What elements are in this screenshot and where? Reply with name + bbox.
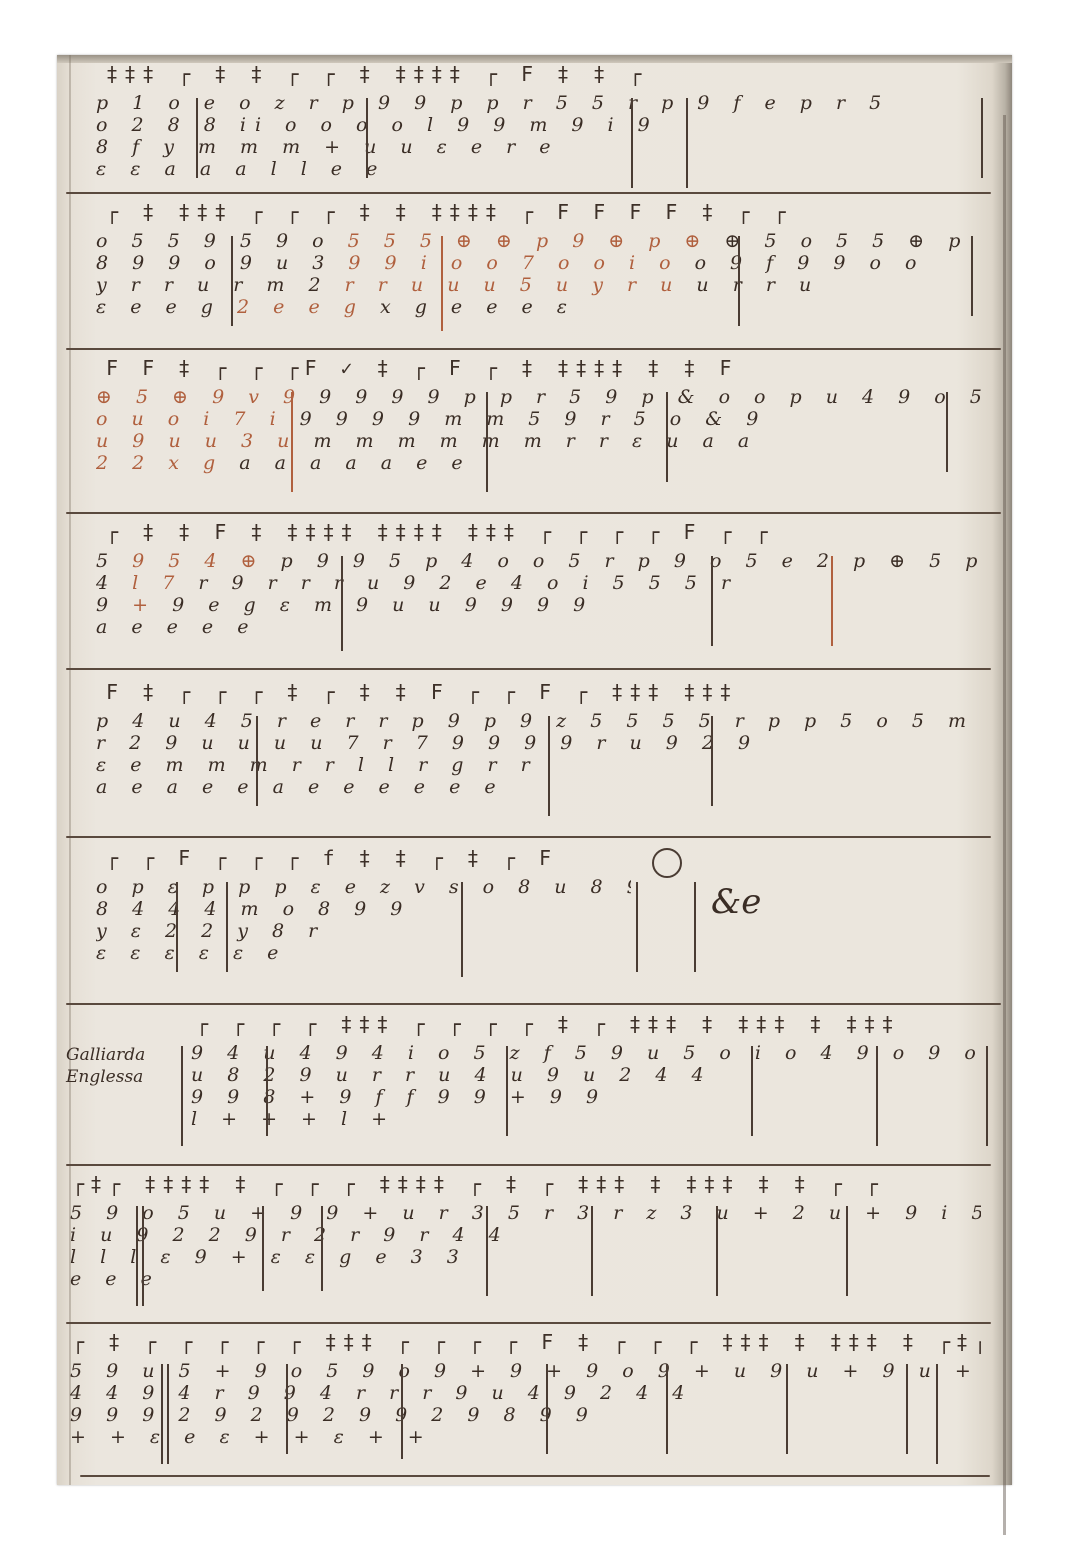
barline — [286, 1364, 288, 1454]
system-divider-1 — [66, 192, 991, 194]
barline — [461, 882, 463, 977]
system-divider-2 — [66, 348, 1001, 350]
course-row: r 2 9 u u u u 7 r 7 9 9 9 9 r u 9 2 9 — [96, 732, 981, 754]
course-row: e e e — [70, 1268, 981, 1290]
course-row: ⊕ 5 ⊕ 9 v 9 9 9 9 9 p p r 5 9 p & o o p … — [96, 386, 981, 408]
barline — [666, 1364, 668, 1454]
course-row: 4 4 9 4 r 9 9 4 r r r 9 u 4 9 2 4 4 — [70, 1382, 981, 1404]
course-row: 9 9 8 + 9 f f 9 9 + 9 9 — [191, 1086, 981, 1108]
barline — [946, 392, 948, 472]
barline — [876, 1046, 878, 1146]
barline — [751, 1046, 753, 1136]
rhythm-flags: ┌‡┌ ‡‡‡‡ ‡ ┌ ┌ ┌ ‡‡‡‡ ┌ ‡ ┌ ‡‡‡ ‡ ‡‡‡ ‡ … — [72, 1172, 981, 1198]
course-row: o 5 5 9 5 9 o 5 5 5 ⊕ ⊕ p 9 ⊕ p ⊕ ⊕ 5 o … — [96, 230, 981, 252]
course-row: p 4 u 4 5 r e r r p 9 p 9 z 5 5 5 5 r p … — [96, 710, 981, 732]
double-barline — [142, 1206, 144, 1306]
barline — [716, 1206, 718, 1296]
barline — [366, 98, 368, 178]
double-barline — [161, 1364, 163, 1464]
course-row: ε e m m m r r l l r g r r — [96, 754, 981, 776]
barline-red — [831, 556, 833, 646]
course-row: ε e e g 2 e e g x g e e e ε — [96, 296, 981, 318]
tablature-rows: o 5 5 9 5 9 o 5 5 5 ⊕ ⊕ p 9 ⊕ p ⊕ ⊕ 5 o … — [96, 230, 981, 318]
rhythm-flags: ┌ ┌ F ┌ ┌ ┌ f ‡ ‡ ┌ ‡ ┌ F — [106, 846, 631, 872]
barline — [548, 716, 550, 816]
course-row: 4 l 7 r 9 r r r u 9 2 e 4 o i 5 5 5 r — [96, 572, 981, 594]
barline — [262, 1206, 264, 1291]
rhythm-flags: ┌ ‡ ‡ F ‡ ‡‡‡‡ ‡‡‡‡ ‡‡‡ ┌ ┌ ┌ ┌ F ┌ ┌ — [106, 520, 981, 546]
tablature-rows: p 4 u 4 5 r e r r p 9 p 9 z 5 5 5 5 r p … — [96, 710, 981, 798]
barline — [981, 98, 983, 178]
rhythm-flags: ┌ ‡ ┌ ┌ ┌ ┌ ┌ ‡‡‡ ┌ ┌ ┌ ┌ F ‡ ┌ ┌ ┌ ‡‡‡ … — [72, 1330, 981, 1356]
rhythm-flags: F F ‡ ┌ ┌ ┌F ✓ ‡ ┌ F ┌ ‡ ‡‡‡‡ ‡ ‡ F — [106, 356, 981, 382]
barline — [231, 236, 233, 326]
course-row: p 1 o e o z r p 9 9 p p r 5 5 r p 9 f e … — [96, 92, 981, 114]
barline — [176, 882, 178, 972]
tablature-system-5: F ‡ ┌ ┌ ┌ ‡ ┌ ‡ ‡ F ┌ ┌ F ┌ ‡‡‡ ‡‡‡ p 4 … — [66, 676, 991, 834]
system-divider-5 — [66, 836, 991, 838]
barline — [636, 882, 638, 972]
course-row: 5 9 u 5 + 9 o 5 9 o 9 + 9 + 9 o 9 + u 9 … — [70, 1360, 981, 1382]
double-barline — [136, 1206, 138, 1306]
rhythm-flags: ‡‡‡ ┌ ‡ ‡ ┌ ┌ ‡ ‡‡‡‡ ┌ F ‡ ‡ ┌ — [106, 62, 981, 88]
barline — [546, 1364, 548, 1454]
barline — [486, 392, 488, 492]
barline — [266, 1046, 268, 1136]
barline — [906, 1364, 908, 1454]
tablature-system-3: F F ‡ ┌ ┌ ┌F ✓ ‡ ┌ F ┌ ‡ ‡‡‡‡ ‡ ‡ F ⊕ 5 … — [66, 352, 991, 510]
tablature-rows: ⊕ 5 ⊕ 9 v 9 9 9 9 9 p p r 5 9 p & o o p … — [96, 386, 981, 474]
barline — [711, 556, 713, 646]
tablature-rows: 5 9 o 5 u + 9 9 + u r 3 5 r 3 r z 3 u + … — [70, 1202, 981, 1290]
course-row: u 8 2 9 u r r u 4 u 9 u 2 4 4 — [191, 1064, 981, 1086]
tablature-system-1: ‡‡‡ ┌ ‡ ‡ ┌ ┌ ‡ ‡‡‡‡ ┌ F ‡ ‡ ┌ p 1 o e o… — [66, 58, 991, 192]
course-row: 5 9 5 4 ⊕ p 9 9 5 p 4 o o 5 r p 9 o 5 e … — [96, 550, 981, 572]
barline — [401, 1364, 403, 1459]
barline — [341, 556, 343, 651]
fermata-symbol — [652, 848, 682, 878]
binding-edge — [1003, 115, 1006, 1535]
course-row: a e a e e a e e e e e e — [96, 776, 981, 798]
barline — [936, 1364, 938, 1464]
course-row: i u 9 2 2 9 r 2 r 9 r 4 4 — [70, 1224, 981, 1246]
barline — [786, 1364, 788, 1454]
system-divider-4 — [66, 668, 991, 670]
system-divider-7 — [66, 1164, 991, 1166]
tablature-system-6: ┌ ┌ F ┌ ┌ ┌ f ‡ ‡ ┌ ‡ ┌ F o p ε p p p ε … — [66, 842, 991, 1000]
tablature-rows: 9 4 u 4 9 4 i o 5 z f 5 9 u 5 o i o 4 9 … — [191, 1042, 981, 1130]
course-row: y r r u r m 2 r r u u u 5 u y r u u r r … — [96, 274, 981, 296]
course-row: 9 9 9 2 9 2 9 2 9 9 2 9 8 9 9 — [70, 1404, 981, 1426]
barline — [591, 1206, 593, 1296]
tablature-system-8: ┌‡┌ ‡‡‡‡ ‡ ┌ ┌ ┌ ‡‡‡‡ ┌ ‡ ┌ ‡‡‡ ‡ ‡‡‡ ‡ … — [66, 1168, 991, 1320]
barline-red — [441, 236, 443, 331]
course-row: o 2 8 8 ii o o o o l 9 9 m 9 i 9 — [96, 114, 981, 136]
barline — [846, 1206, 848, 1296]
barline — [711, 716, 713, 806]
final-flourish: &e — [711, 882, 761, 922]
piece-title-line-1: Galliarda — [66, 1044, 145, 1066]
rhythm-flags: F ‡ ┌ ┌ ┌ ‡ ┌ ‡ ‡ F ┌ ┌ F ┌ ‡‡‡ ‡‡‡ — [106, 680, 981, 706]
tablature-system-4: ┌ ‡ ‡ F ‡ ‡‡‡‡ ‡‡‡‡ ‡‡‡ ┌ ┌ ┌ ┌ F ┌ ┌ 5 … — [66, 516, 991, 666]
course-row: 9 4 u 4 9 4 i o 5 z f 5 9 u 5 o i o 4 9 … — [191, 1042, 981, 1064]
course-row: + + ε e ε + + ε + + — [70, 1426, 981, 1448]
barline — [686, 98, 688, 188]
barline — [694, 882, 696, 972]
barline — [321, 1206, 323, 1291]
barline — [631, 98, 633, 188]
course-row: 5 9 o 5 u + 9 9 + u r 3 5 r 3 r z 3 u + … — [70, 1202, 981, 1224]
piece-title: Galliarda Englessa — [66, 1044, 145, 1088]
course-row: l + + + l + — [191, 1108, 981, 1130]
course-row: 8 9 9 o 9 u 3 9 9 i o o 7 o o i o o 9 f … — [96, 252, 981, 274]
piece-title-line-2: Englessa — [66, 1066, 145, 1088]
barline-red — [291, 392, 293, 492]
course-row: o u o i 7 i 9 9 9 9 m m 5 9 r 5 o & 9 — [96, 408, 981, 430]
barline — [986, 1046, 988, 1146]
tablature-rows: 5 9 u 5 + 9 o 5 9 o 9 + 9 + 9 o 9 + u 9 … — [70, 1360, 981, 1448]
system-divider-6 — [66, 1003, 1001, 1005]
tablature-system-7: ┌ ┌ ┌ ┌ ‡‡‡ ┌ ┌ ┌ ┌ ‡ ┌ ‡‡‡ ‡ ‡‡‡ ‡ ‡‡‡ … — [66, 1008, 991, 1162]
course-row: ε ε a a a l l e e — [96, 158, 981, 180]
course-row: 2 2 x g a a a a a e e — [96, 452, 981, 474]
course-row: 9 + 9 e g ε m 9 u u 9 9 9 9 — [96, 594, 981, 616]
barline — [666, 392, 668, 482]
tablature-system-9: ┌ ‡ ┌ ┌ ┌ ┌ ┌ ‡‡‡ ┌ ┌ ┌ ┌ F ‡ ┌ ┌ ┌ ‡‡‡ … — [66, 1326, 991, 1474]
barline — [971, 236, 973, 316]
tablature-rows: 5 9 5 4 ⊕ p 9 9 5 p 4 o o 5 r p 9 o 5 e … — [96, 550, 981, 638]
course-row: l l l ε 9 + ε ε g e 3 3 — [70, 1246, 981, 1268]
course-row: 8 f y m m m + u u ε e r e — [96, 136, 981, 158]
tablature-system-2: ┌ ‡ ‡‡‡ ┌ ┌ ┌ ‡ ‡ ‡‡‡‡ ┌ F F F F ‡ ┌ ┌ o… — [66, 196, 991, 346]
barline — [226, 882, 228, 972]
barline — [738, 236, 740, 326]
barline — [486, 1206, 488, 1296]
barline — [196, 98, 198, 178]
tablature-rows: p 1 o e o z r p 9 9 p p r 5 5 r p 9 f e … — [96, 92, 981, 180]
barline — [256, 716, 258, 806]
system-divider-9 — [80, 1475, 990, 1477]
system-divider-3 — [66, 512, 1001, 514]
system-divider-8 — [66, 1322, 991, 1324]
course-row: u 9 u u 3 u m m m m m m r r ε u a a — [96, 430, 981, 452]
double-barline — [167, 1364, 169, 1464]
rhythm-flags: ┌ ‡ ‡‡‡ ┌ ┌ ┌ ‡ ‡ ‡‡‡‡ ┌ F F F F ‡ ┌ ┌ — [106, 200, 981, 226]
barline — [181, 1046, 183, 1146]
barline — [506, 1046, 508, 1136]
rhythm-flags: ┌ ┌ ┌ ┌ ‡‡‡ ┌ ┌ ┌ ┌ ‡ ┌ ‡‡‡ ‡ ‡‡‡ ‡ ‡‡‡ — [196, 1012, 981, 1038]
course-row: a e e e e — [96, 616, 981, 638]
